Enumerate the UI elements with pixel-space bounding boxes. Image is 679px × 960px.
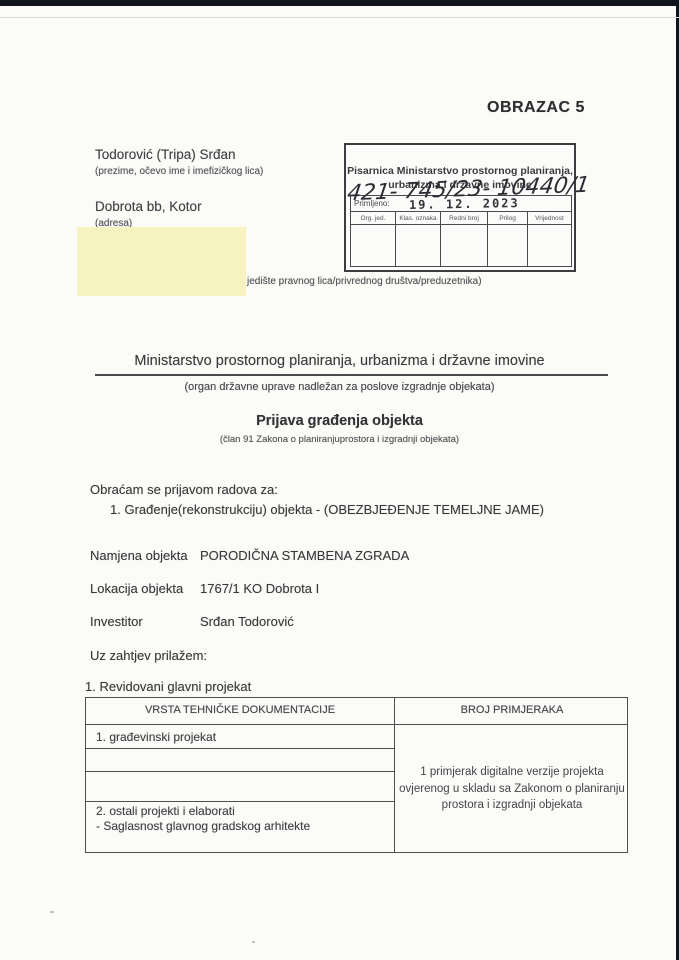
ministry-caption: (organ državne uprave nadležan za poslov… bbox=[0, 381, 679, 393]
form-code: OBRAZAC 5 bbox=[487, 99, 585, 117]
ministry-underline bbox=[95, 374, 608, 376]
applicant-name: Todorović (Tripa) Srđan bbox=[95, 147, 236, 162]
table-row-border bbox=[86, 748, 394, 749]
field-label-investitor: Investitor bbox=[90, 614, 143, 629]
field-label-namjena: Namjena objekta bbox=[90, 548, 188, 563]
stamp-col-klas-oznaka: Klas. oznaka bbox=[396, 212, 441, 224]
table-broj-primjeraka-text: 1 primjerak digitalne verzije projekta o… bbox=[395, 725, 629, 853]
field-value-investitor: Srđan Todorović bbox=[200, 614, 294, 629]
stamp-col-redni-broj: Redni broj bbox=[441, 212, 488, 224]
section-1-heading: 1. Revidovani glavni projekat bbox=[85, 679, 251, 694]
table-row-border bbox=[86, 771, 394, 772]
field-value-namjena: PORODIČNA STAMBENA ZGRADA bbox=[200, 548, 409, 563]
applicant-name-caption: (prezime, očevo ime i imefizičkog lica) bbox=[95, 166, 263, 177]
receipt-stamp: Pisarnica Ministarstvo prostornog planir… bbox=[344, 143, 576, 272]
document-title-caption: (član 91 Zakona o planiranjuprostora i i… bbox=[0, 434, 679, 445]
table-row-gradjevinski-projekat: 1. građevinski projekat bbox=[96, 730, 216, 744]
field-label-lokacija: Lokacija objekta bbox=[90, 581, 183, 596]
stamp-col-prilog: Prilog bbox=[488, 212, 528, 224]
broj-primjeraka-line2: ovjerenog u skladu sa Zakonom o planiran… bbox=[399, 781, 625, 798]
stamp-grid: Primljeno: 19. 12. 2023 Org. jed. Klas. … bbox=[350, 195, 572, 267]
scanned-document: OBRAZAC 5 Todorović (Tripa) Srđan (prezi… bbox=[0, 0, 679, 960]
intro-line: Obraćam se prijavom radova za: bbox=[90, 482, 278, 497]
scan-speck bbox=[50, 911, 54, 913]
scan-fold-line bbox=[0, 17, 679, 18]
table-row-saglasnost: - Saglasnost glavnog gradskog arhitekte bbox=[96, 819, 310, 833]
documentation-table: VRSTA TEHNIČKE DOKUMENTACIJE BROJ PRIMJE… bbox=[85, 697, 628, 853]
ministry-title: Ministarstvo prostornog planiranja, urba… bbox=[0, 353, 679, 369]
stamp-col-org-jed: Org. jed. bbox=[351, 212, 396, 224]
field-value-lokacija: 1767/1 KO Dobrota I bbox=[200, 581, 319, 596]
works-list-item-1: 1. Građenje(rekonstrukciju) objekta - (O… bbox=[110, 502, 544, 517]
table-row-ostali-projekti: 2. ostali projekti i elaborati bbox=[96, 804, 235, 818]
yellow-redaction-highlight bbox=[77, 227, 246, 296]
table-header-vrsta: VRSTA TEHNIČKE DOKUMENTACIJE bbox=[86, 704, 394, 716]
scan-edge-top bbox=[0, 0, 679, 6]
stamp-col-vrijednost: Vrijednost bbox=[528, 212, 571, 224]
attachments-intro: Uz zahtjev prilažem: bbox=[90, 648, 207, 663]
document-title: Prijava građenja objekta bbox=[0, 413, 679, 429]
scan-speck bbox=[252, 941, 255, 943]
stamp-column-headers: Org. jed. Klas. oznaka Redni broj Prilog… bbox=[351, 212, 571, 225]
stamp-value-row bbox=[351, 225, 571, 266]
broj-primjeraka-line3: prostora i izgradnji objekata bbox=[442, 797, 583, 814]
table-row-border bbox=[86, 801, 394, 802]
table-header-broj: BROJ PRIMJERAKA bbox=[395, 704, 629, 716]
entity-caption: jedište pravnog lica/privrednog društva/… bbox=[247, 276, 482, 287]
applicant-address: Dobrota bb, Kotor bbox=[95, 199, 202, 214]
broj-primjeraka-line1: 1 primjerak digitalne verzije projekta bbox=[420, 764, 603, 781]
